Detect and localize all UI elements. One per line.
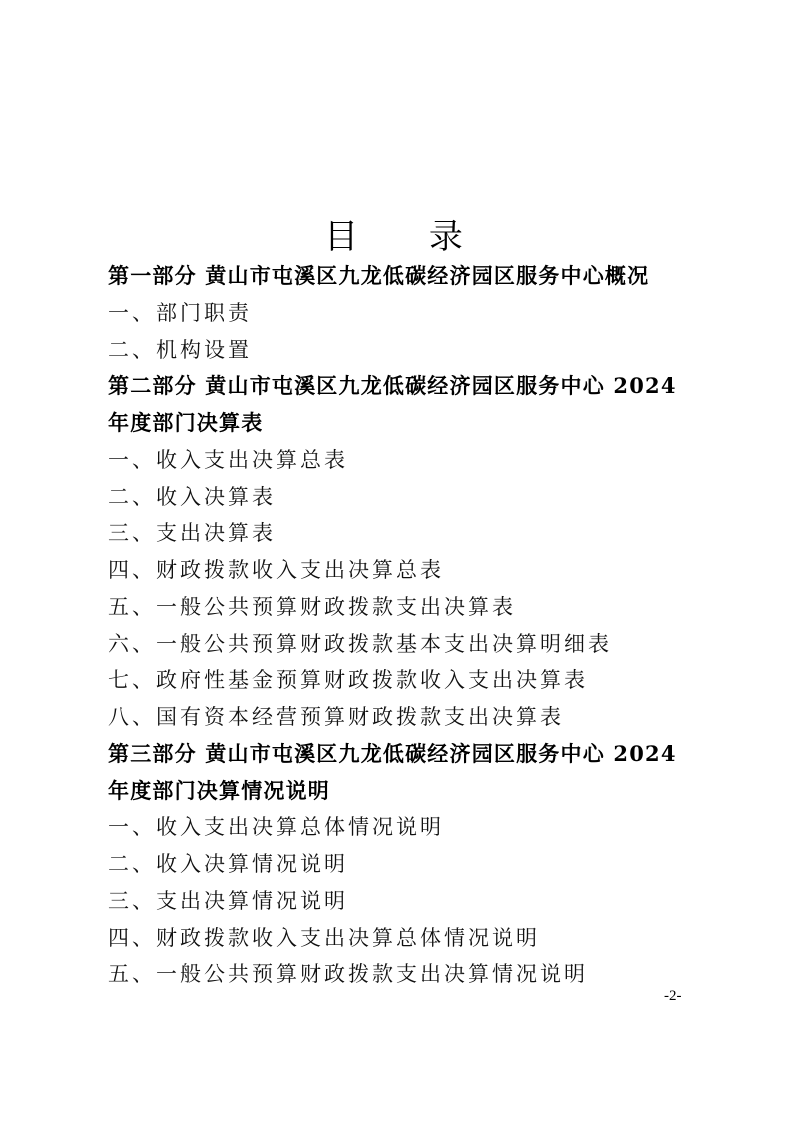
toc-entry: 三、支出决算情况说明 [108, 883, 708, 920]
table-of-contents: 第一部分 黄山市屯溪区九龙低碳经济园区服务中心概况 一、部门职责 二、机构设置 … [108, 258, 708, 993]
toc-part-1-heading: 第一部分 黄山市屯溪区九龙低碳经济园区服务中心概况 [108, 258, 708, 295]
toc-entry: 一、收入支出决算总表 [108, 442, 708, 479]
toc-part-2-heading: 第二部分 黄山市屯溪区九龙低碳经济园区服务中心 2024 [108, 368, 708, 405]
toc-entry: 五、一般公共预算财政拨款支出决算表 [108, 589, 708, 626]
toc-entry: 五、一般公共预算财政拨款支出决算情况说明 [108, 956, 708, 993]
toc-entry: 二、收入决算情况说明 [108, 846, 708, 883]
toc-entry: 一、收入支出决算总体情况说明 [108, 809, 708, 846]
toc-entry: 八、国有资本经营预算财政拨款支出决算表 [108, 699, 708, 736]
toc-entry: 四、财政拨款收入支出决算总体情况说明 [108, 920, 708, 957]
toc-entry: 六、一般公共预算财政拨款基本支出决算明细表 [108, 626, 708, 663]
toc-part-2-heading-cont: 年度部门决算表 [108, 405, 708, 442]
toc-entry: 二、收入决算表 [108, 479, 708, 516]
page-number: -2- [664, 988, 682, 1005]
page-title: 目 录 [0, 216, 793, 258]
document-page: 目 录 第一部分 黄山市屯溪区九龙低碳经济园区服务中心概况 一、部门职责 二、机… [0, 0, 793, 1122]
toc-part-3-heading: 第三部分 黄山市屯溪区九龙低碳经济园区服务中心 2024 [108, 736, 708, 773]
toc-part-3-heading-cont: 年度部门决算情况说明 [108, 773, 708, 810]
toc-entry: 七、政府性基金预算财政拨款收入支出决算表 [108, 662, 708, 699]
toc-entry: 三、支出决算表 [108, 515, 708, 552]
toc-entry: 二、机构设置 [108, 332, 708, 369]
toc-entry: 四、财政拨款收入支出决算总表 [108, 552, 708, 589]
toc-entry: 一、部门职责 [108, 295, 708, 332]
